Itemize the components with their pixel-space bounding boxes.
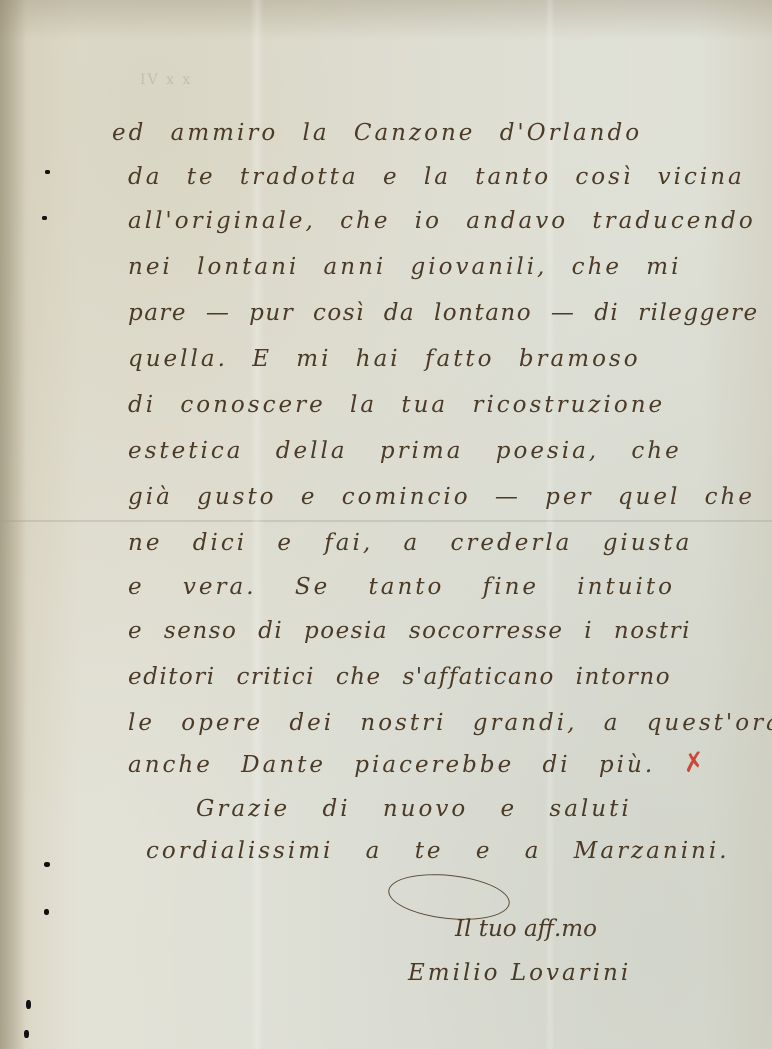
letter-line-2: da te tradotta e la tanto così vicina	[128, 164, 745, 190]
letter-line-9: già gusto e comincio — per quel che	[128, 484, 755, 510]
letter-line-11: e vera. Se tanto fine intuito	[128, 574, 675, 600]
letter-line-14: le opere dei nostri grandi, a quest'ora	[128, 710, 772, 736]
faded-show-through-text: IV x x	[140, 72, 192, 88]
closing-salutation: Il tuo aff.mo	[455, 916, 597, 942]
punch-hole-icon	[44, 862, 50, 867]
letter-line-16: Grazie di nuovo e saluti	[196, 796, 632, 822]
punch-hole-icon	[45, 170, 50, 174]
red-annotation-mark-icon: ✗	[681, 747, 707, 780]
punch-hole-icon	[24, 1030, 29, 1038]
letter-line-13: editori critici che s'affaticano intorno	[128, 664, 671, 690]
letter-line-5: pare — pur così da lontano — di rilegger…	[128, 300, 759, 326]
letter-page: IV x x ed ammiro la Canzone d'Orlando da…	[0, 0, 772, 1049]
scan-shadow-left	[0, 0, 26, 1049]
paper-fold-vertical	[250, 0, 264, 1049]
letter-line-8: estetica della prima poesia, che	[128, 438, 682, 464]
paper-fold-vertical-right	[545, 0, 555, 1049]
letter-line-1: ed ammiro la Canzone d'Orlando	[112, 120, 642, 146]
letter-line-10: ne dici e fai, a crederla giusta	[128, 530, 692, 556]
letter-line-17: cordialissimi a te e a Marzanini.	[146, 838, 730, 864]
punch-hole-icon	[26, 1000, 31, 1009]
signature: Emilio Lovarini	[408, 960, 631, 986]
punch-hole-icon	[42, 216, 47, 220]
letter-line-15: anche Dante piacerebbe di più.	[128, 752, 655, 778]
letter-line-7: di conoscere la tua ricostruzione	[128, 392, 665, 418]
letter-line-12: e senso di poesia soccorresse i nostri	[128, 618, 691, 644]
paper-fold-horizontal	[0, 520, 772, 522]
letter-line-6: quella. E mi hai fatto bramoso	[128, 346, 641, 372]
letter-line-4: nei lontani anni giovanili, che mi	[128, 254, 681, 280]
scan-shadow-top	[0, 0, 772, 40]
letter-line-3: all'originale, che io andavo traducendo	[128, 208, 756, 234]
punch-hole-icon	[44, 909, 49, 915]
